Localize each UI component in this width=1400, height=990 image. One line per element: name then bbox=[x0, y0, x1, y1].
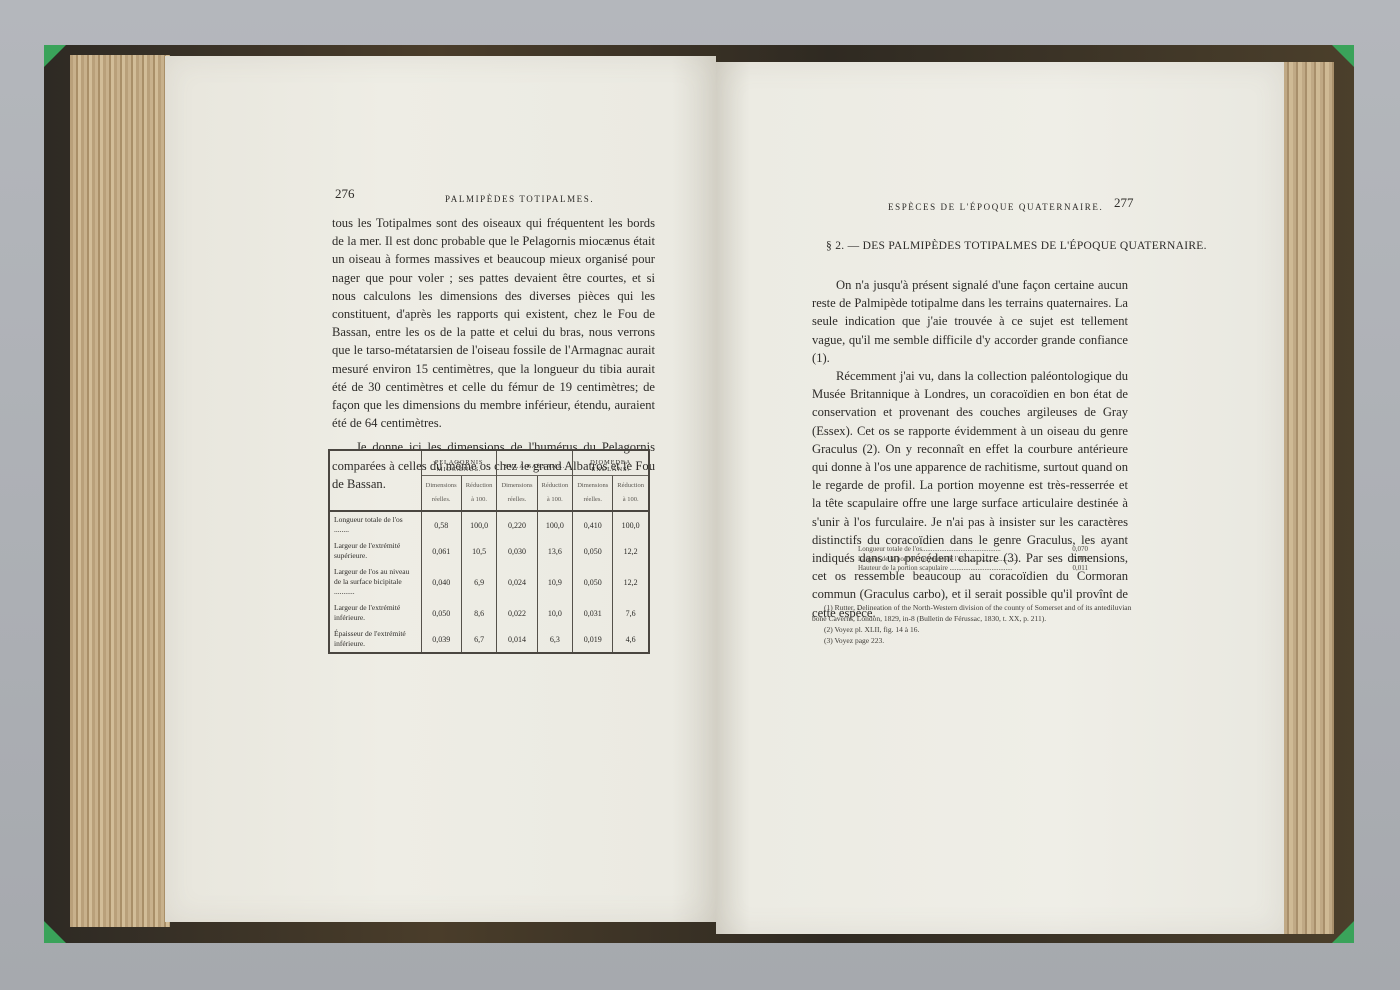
column-group-header: PELAGORNIS MIOCÆNUS. bbox=[421, 450, 497, 476]
measurement-row: Hauteur de la portion scapulaire .......… bbox=[858, 564, 1088, 574]
column-subheader: Dimensions réelles. bbox=[421, 476, 461, 512]
measurement-row: Largeur de la portion moyenne de l'os...… bbox=[858, 555, 1088, 565]
table-row: Largeur de l'extrémité inférieure. 0,050… bbox=[329, 600, 649, 626]
paragraph: Récemment j'ai vu, dans la collection pa… bbox=[812, 367, 1128, 622]
page-edges-left bbox=[70, 55, 170, 927]
paragraph: tous les Totipalmes sont des oiseaux qui… bbox=[332, 214, 655, 432]
measurements-list: Longueur totale de l'os.................… bbox=[858, 545, 1088, 574]
section-title: § 2. — DES PALMIPÈDES TOTIPALMES DE L'ÉP… bbox=[826, 240, 1207, 252]
column-subheader: Dimensions réelles. bbox=[497, 476, 537, 512]
page-number: 277 bbox=[1114, 195, 1134, 211]
running-head: PALMIPÈDES TOTIPALMES. bbox=[445, 194, 594, 204]
column-subheader: Dimensions réelles. bbox=[573, 476, 613, 512]
running-head: ESPÈCES DE L'ÉPOQUE QUATERNAIRE. bbox=[888, 202, 1103, 212]
page-number: 276 bbox=[335, 186, 355, 202]
footnote: (3) Voyez page 223. bbox=[812, 635, 1132, 646]
column-group-header: DIOMEDEA EXULANS. bbox=[573, 450, 649, 476]
right-page: ESPÈCES DE L'ÉPOQUE QUATERNAIRE. 277 § 2… bbox=[716, 62, 1284, 934]
footnote: (1) Rutter, Delineation of the North-Wes… bbox=[812, 602, 1132, 624]
column-group-header: SULA BASSANA. bbox=[497, 450, 573, 476]
column-subheader: Réduction à 100. bbox=[461, 476, 497, 512]
paragraph: On n'a jusqu'à présent signalé d'une faç… bbox=[812, 276, 1128, 367]
column-subheader: Réduction à 100. bbox=[613, 476, 649, 512]
table-row: Longueur totale de l'os ........ 0,58 10… bbox=[329, 511, 649, 538]
footnote: (2) Voyez pl. XLII, fig. 14 à 16. bbox=[812, 624, 1132, 635]
page-edges-right bbox=[1284, 62, 1334, 934]
dimensions-table: PELAGORNIS MIOCÆNUS. SULA BASSANA. DIOME… bbox=[328, 449, 650, 654]
measurement-row: Longueur totale de l'os.................… bbox=[858, 545, 1088, 555]
left-page: 276 PALMIPÈDES TOTIPALMES. tous les Toti… bbox=[165, 56, 716, 922]
footnotes: (1) Rutter, Delineation of the North-Wes… bbox=[812, 602, 1132, 646]
table-row: Largeur de l'os au niveau de la surface … bbox=[329, 564, 649, 600]
table-row: Épaisseur de l'extrémité inférieure. 0,0… bbox=[329, 626, 649, 653]
column-subheader: Réduction à 100. bbox=[537, 476, 573, 512]
table-row: Largeur de l'extrémité supérieure. 0,061… bbox=[329, 538, 649, 564]
